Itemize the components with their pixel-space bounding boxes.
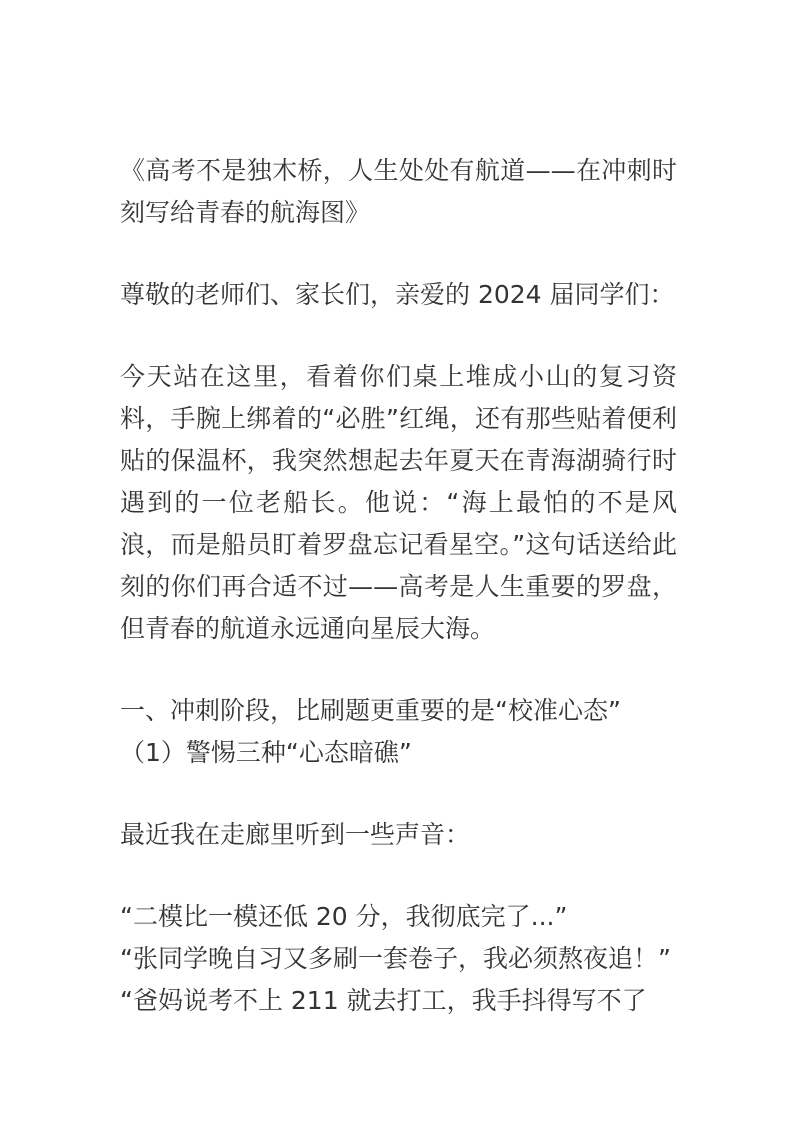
quote-line: “二模比一模还低 20 分，我彻底完了...”	[120, 896, 677, 938]
quotes-block: “二模比一模还低 20 分，我彻底完了...” “张同学晚自习又多刷一套卷子，我…	[120, 896, 677, 1022]
document-page: 《高考不是独木桥，人生处处有航道——在冲刺时刻写给青春的航海图》 尊敬的老师们、…	[0, 0, 793, 1122]
quote-line: “张同学晚自习又多刷一套卷子，我必须熬夜追！”	[120, 938, 677, 980]
document-title: 《高考不是独木桥，人生处处有航道——在冲刺时刻写给青春的航海图》	[120, 150, 677, 234]
greeting-line: 尊敬的老师们、家长们，亲爱的 2024 届同学们：	[120, 274, 677, 316]
quote-line: “爸妈说考不上 211 就去打工，我手抖得写不了	[120, 980, 677, 1022]
intro-paragraph: 今天站在这里，看着你们桌上堆成小山的复习资料，手腕上绑着的“必胜”红绳，还有那些…	[120, 356, 677, 650]
section-heading-block: 一、冲刺阶段，比刷题更重要的是“校准心态” （1）警惕三种“心态暗礁”	[120, 690, 677, 774]
section-heading: 一、冲刺阶段，比刷题更重要的是“校准心态”	[120, 690, 677, 732]
lead-in-line: 最近我在走廊里听到一些声音：	[120, 814, 677, 856]
subsection-heading: （1）警惕三种“心态暗礁”	[120, 732, 677, 774]
